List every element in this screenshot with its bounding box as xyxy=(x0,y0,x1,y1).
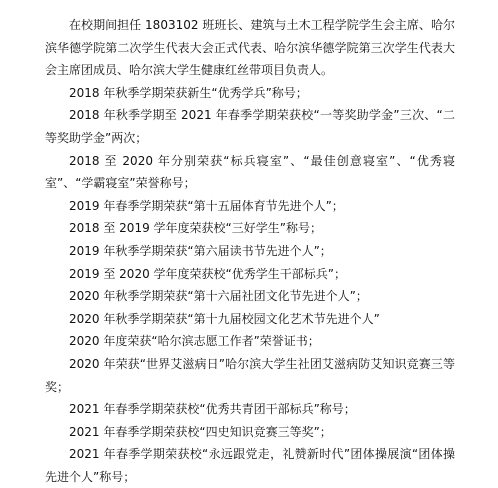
paragraph-award: 2018 年秋季学期至 2021 年春季学期荣获校“一等奖助学金”三次、“二等奖… xyxy=(45,104,455,149)
paragraph-award: 2018 年秋季学期荣获新生“优秀学兵”称号； xyxy=(45,82,455,105)
paragraph-award: 2020 年度荣获“哈尔滨志愿工作者”荣誉证书； xyxy=(45,330,455,353)
paragraph-award: 2021 年春季学期荣获校“永远跟党走，礼赞新时代”团体操展演“团体操先进个人”… xyxy=(45,443,455,466)
paragraph-award: 2018 至 2019 学年度荣获校“三好学生”称号； xyxy=(45,217,455,240)
paragraph-positions: 在校期间担任 1803102 班班长、建筑与土木工程学院学生会主席、哈尔滨华德学… xyxy=(45,14,455,82)
paragraph-award: 2019 至 2020 学年度荣获校“优秀学生干部标兵”； xyxy=(45,263,455,286)
paragraph-award: 2019 年春季学期荣获“第十五届体育节先进个人”； xyxy=(45,195,455,218)
paragraph-award: 2021 年春季学期荣获校“四史知识竞赛三等奖”； xyxy=(45,421,455,444)
paragraph-award: 2020 年荣获“世界艾滋病日”哈尔滨大学生社团艾滋病防艾知识竞赛三等奖； xyxy=(45,353,455,398)
paragraph-award: 2021 年春季学期荣获校“优秀共青团干部标兵”称号； xyxy=(45,398,455,421)
paragraph-award: 2019 年秋季学期荣获“第六届读书节先进个人”； xyxy=(45,240,455,263)
document-body: 在校期间担任 1803102 班班长、建筑与土木工程学院学生会主席、哈尔滨华德学… xyxy=(45,14,455,466)
paragraph-award: 2020 年秋季学期荣获“第十六届社团文化节先进个人”； xyxy=(45,285,455,308)
paragraph-award: 2018 至 2020 年分别荣获“标兵寝室”、“最佳创意寝室”、“优秀寝室”、… xyxy=(45,150,455,195)
paragraph-award: 2020 年秋季学期荣获“第十九届校园文化艺术节先进个人” xyxy=(45,308,455,331)
